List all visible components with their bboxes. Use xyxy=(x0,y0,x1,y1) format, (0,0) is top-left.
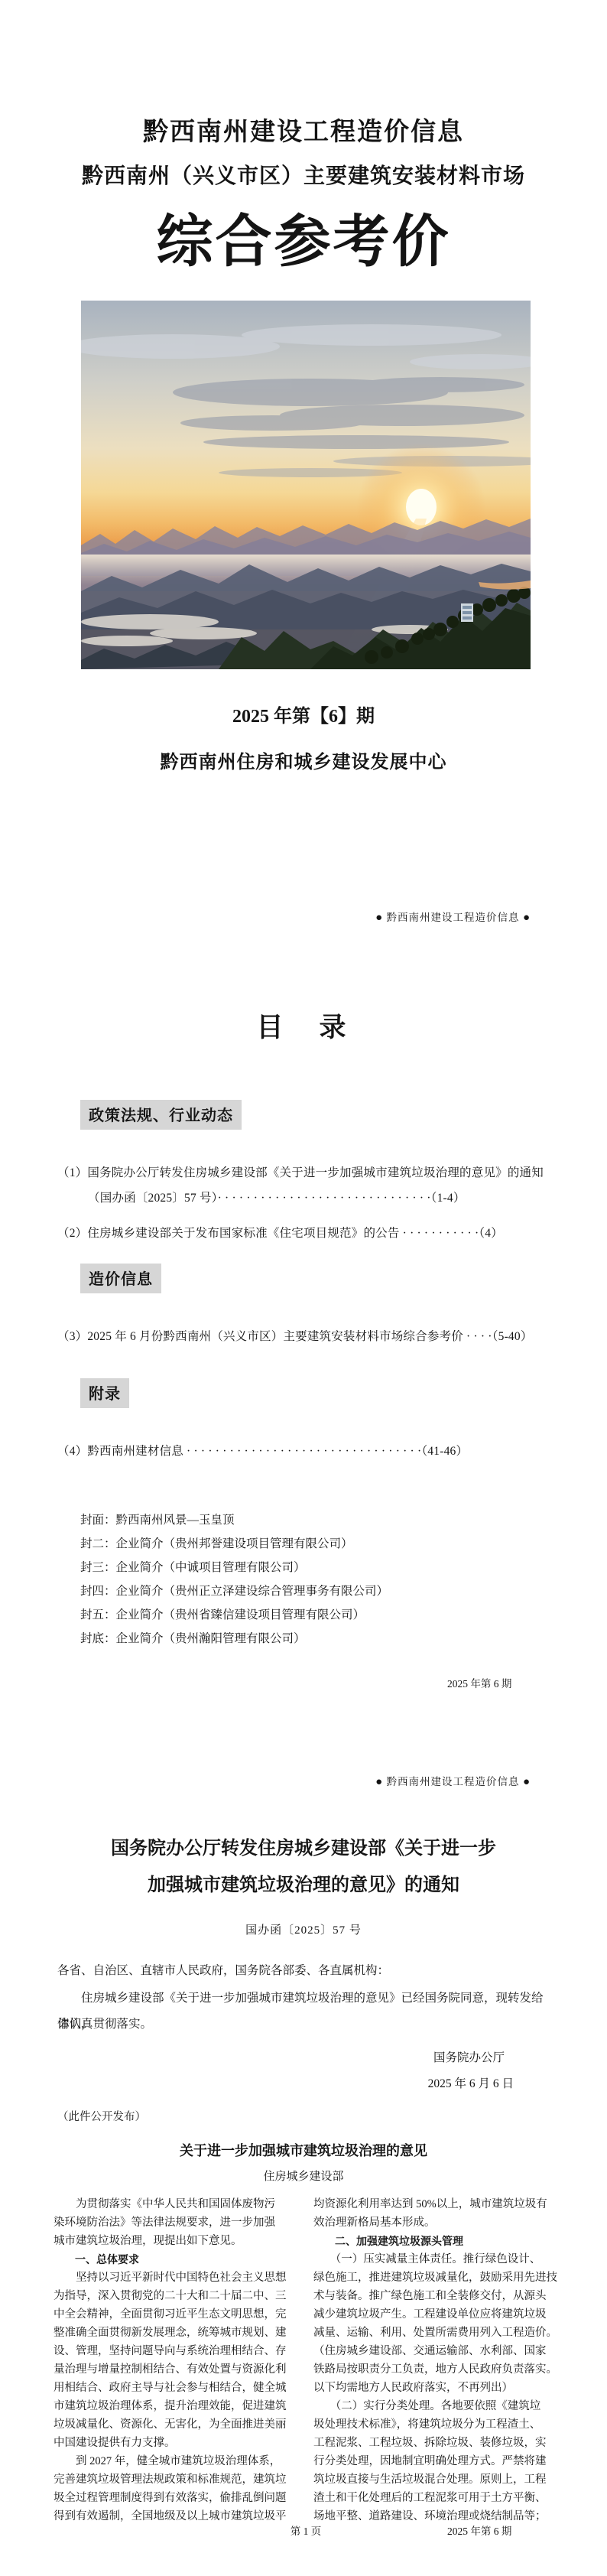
body-text-line: 效治理新格局基本形成。 xyxy=(313,2213,555,2232)
toc-cost-items: （3）2025 年 6 月份黔西南州（兴义市区）主要建筑安装材料市场综合参考价 … xyxy=(57,1324,562,1349)
article-sign-date: 2025 年 6 月 6 日 xyxy=(0,2074,514,2091)
body-text-line: 行分类处理，因地制宜明确处理方式。严禁将建 xyxy=(313,2452,555,2470)
toc-item-line: （2）住房城乡建设部关于发布国家标准《住宅项目规范》的公告 · · · · · … xyxy=(57,1221,562,1246)
body-text-line: 为贯彻落实《中华人民共和国固体废物污 xyxy=(54,2195,295,2213)
body-text-line: 圾处理技术标准》，将建筑垃圾分为工程渣土、 xyxy=(313,2415,555,2434)
header-left-dot-icon: ● xyxy=(375,1776,383,1788)
body-text-line: 市建筑垃圾治理体系，提升治理效能，促进建筑 xyxy=(54,2397,295,2415)
opinion-title: 关于进一步加强城市建筑垃圾治理的意见 xyxy=(0,2140,607,2160)
body-text-line: 一、总体要求 xyxy=(54,2250,295,2269)
document-scroll: 黔西南州建设工程造价信息 黔西南州（兴义市区）主要建筑安装材料市场 综合参考价 xyxy=(0,0,607,2576)
page2-running-header: ● 黔西南州建设工程造价信息 ● xyxy=(0,909,531,925)
body-text-line: 整准确全面贯彻新发展理念，统筹城市规划、建 xyxy=(54,2324,295,2342)
body-text-line: 中全会精神，全面贯彻习近平生态文明思想，完 xyxy=(54,2305,295,2324)
cover-descriptions-list: 封面：黔西南州风景—玉皇顶封二：企业简介（贵州邦誉建设项目管理有限公司）封三：企… xyxy=(80,1508,554,1651)
body-text-line: 铁路局按职责分工负责，地方人民政府负责落实。 xyxy=(313,2360,555,2379)
toc-item-line: （1）国务院办公厅转发住房城乡建设部《关于进一步加强城市建筑垃圾治理的意见》的通… xyxy=(57,1160,562,1186)
body-text-line: 以下均需地方人民政府落实，不再列出） xyxy=(313,2379,555,2397)
cover-title-line2: 黔西南州（兴义市区）主要建筑安装材料市场 xyxy=(0,159,607,190)
header-left-dot-icon: ● xyxy=(375,912,383,924)
body-text-line: 筑垃圾直接与生活垃圾混合处理。原则上，工程 xyxy=(313,2470,555,2489)
body-text-line: 工程泥浆、工程垃圾、拆除垃圾、装修垃圾，实 xyxy=(313,2434,555,2452)
cover-title-line1: 黔西南州建设工程造价信息 xyxy=(0,112,607,148)
body-text-line: 设、管理，坚持问题导向与系统治理相结合、存 xyxy=(54,2342,295,2360)
body-text-line: 完善建筑垃圾管理法规政策和标准规范，建筑垃 xyxy=(54,2470,295,2489)
header-right-dot-icon: ● xyxy=(523,912,531,924)
page2-footer-issue: 2025 年第 6 期 xyxy=(447,1675,547,1690)
body-text-line: 减少建筑垃圾产生。工程建设单位应将建筑垃圾 xyxy=(313,2305,555,2324)
toc-policy-items: （1）国务院办公厅转发住房城乡建设部《关于进一步加强城市建筑垃圾治理的意见》的通… xyxy=(57,1160,562,1246)
body-text-line: 二、加强建筑垃圾源头管理 xyxy=(313,2232,555,2250)
toc-section-header-appendix: 附录 xyxy=(80,1378,129,1408)
body-text-line: 减量、运输、利用、处置所需费用列入工程造价。 xyxy=(313,2324,555,2342)
body-text-line: 坚持以习近平新时代中国特色社会主义思想 xyxy=(54,2269,295,2287)
cover-description-line: 封四：企业简介（贵州正立泽建设综合管理事务有限公司） xyxy=(80,1579,554,1603)
toc-item-line: （3）2025 年 6 月份黔西南州（兴义市区）主要建筑安装材料市场综合参考价 … xyxy=(57,1324,562,1349)
article-left-column: 为贯彻落实《中华人民共和国固体废物污染环境防治法》等法律法规要求，进一步加强城市… xyxy=(54,2195,295,2526)
toc-item-line: （4）黔西南州建材信息 · · · · · · · · · · · · · · … xyxy=(57,1439,562,1464)
header-right-dot-icon: ● xyxy=(523,1776,531,1788)
cover-description-line: 封二：企业简介（贵州邦誉建设项目管理有限公司） xyxy=(80,1532,554,1556)
toc-item-line: （国办函〔2025〕57 号）· · · · · · · · · · · · ·… xyxy=(57,1186,562,1211)
cover-description-line: 封底：企业简介（贵州瀚阳管理有限公司） xyxy=(80,1627,554,1651)
cover-description-line: 封五：企业简介（贵州省臻信建设项目管理有限公司） xyxy=(80,1603,554,1627)
body-text-line: 量治理与增量控制相结合、有效处置与资源化利 xyxy=(54,2360,295,2379)
cover-organization: 黔西南州住房和城乡建设发展中心 xyxy=(0,746,607,773)
body-text-line: 圾全过程管理制度得到有效落实，偷排乱倒问题 xyxy=(54,2489,295,2507)
body-text-line: （住房城乡建设部、交通运输部、水利部、国家 xyxy=(313,2342,555,2360)
page3-footer-issue: 2025 年第 6 期 xyxy=(447,2522,547,2538)
article-document-number: 国办函〔2025〕57 号 xyxy=(0,1921,607,1937)
toc-section-cost-info: 造价信息 （3）2025 年 6 月份黔西南州（兴义市区）主要建筑安装材料市场综… xyxy=(57,1264,562,1349)
article-right-column: 均资源化利用率达到 50%以上，城市建筑垃圾有效治理新格局基本形成。 二、加强建… xyxy=(313,2195,555,2526)
toc-section-header-cost-info: 造价信息 xyxy=(80,1264,161,1293)
header-title: 黔西南州建设工程造价信息 xyxy=(383,1776,523,1787)
article-title-line2: 加强城市建筑垃圾治理的意见》的通知 xyxy=(0,1869,607,1896)
body-text-line: 得到有效遏制，全国地级及以上城市建筑垃圾平 xyxy=(54,2507,295,2526)
body-text-line: 染环境防治法》等法律法规要求，进一步加强 xyxy=(54,2213,295,2232)
cover-main-title: 综合参考价 xyxy=(0,211,607,274)
cover-photo-sunset-mountains xyxy=(81,301,531,669)
page3-footer-page-number: 第 1 页 xyxy=(271,2522,340,2538)
hilltop-building xyxy=(461,603,473,622)
body-text-line: 术与装备。推广绿色施工和全装修交付，从源头 xyxy=(313,2287,555,2305)
toc-title: 目 录 xyxy=(0,1007,607,1045)
cover-description-line: 封三：企业简介（中诚项目管理有限公司） xyxy=(80,1556,554,1579)
body-text-line: 用相结合、政府主导与社会参与相结合，健全城 xyxy=(54,2379,295,2397)
body-text-line: 中国建设提供有力支撑。 xyxy=(54,2434,295,2452)
article-public-release-note: （此件公开发布） xyxy=(57,2108,146,2124)
header-title: 黔西南州建设工程造价信息 xyxy=(383,912,523,923)
article-title-line1: 国务院办公厅转发住房城乡建设部《关于进一步 xyxy=(0,1833,607,1859)
article-salutation: 各省、自治区、直辖市人民政府，国务院各部委、各直属机构： xyxy=(57,1958,554,1984)
body-text-line: 城市建筑垃圾治理，现提出如下意见。 xyxy=(54,2232,295,2250)
body-text-line: 均资源化利用率达到 50%以上，城市建筑垃圾有 xyxy=(313,2195,555,2213)
body-text-line: （一）压实减量主体责任。推行绿色设计、 xyxy=(313,2250,555,2269)
cover-description-line: 封面：黔西南州风景—玉皇顶 xyxy=(80,1508,554,1532)
page3-running-header: ● 黔西南州建设工程造价信息 ● xyxy=(0,1773,531,1789)
article-body-line2: 请认真贯彻落实。 xyxy=(57,2012,554,2038)
body-text-line: 垃圾减量化、资源化、无害化，为全面推进美丽 xyxy=(54,2415,295,2434)
toc-appendix-items: （4）黔西南州建材信息 · · · · · · · · · · · · · · … xyxy=(57,1439,562,1464)
body-text-line: 到 2027 年，健全城市建筑垃圾治理体系， xyxy=(54,2452,295,2470)
body-text-line: 绿色施工，推进建筑垃圾减量化，鼓励采用先进技 xyxy=(313,2269,555,2287)
toc-section-header-policy: 政策法规、行业动态 xyxy=(80,1100,242,1130)
body-text-line: 渣土和干化处理后的工程泥浆可用于土方平衡、 xyxy=(313,2489,555,2507)
body-text-line: （二）实行分类处理。各地要依照《建筑垃 xyxy=(313,2397,555,2415)
opinion-issuing-org: 住房城乡建设部 xyxy=(0,2168,607,2184)
body-text-line: 为指导，深入贯彻党的二十大和二十届二中、三 xyxy=(54,2287,295,2305)
toc-section-appendix: 附录 （4）黔西南州建材信息 · · · · · · · · · · · · ·… xyxy=(57,1378,562,1464)
toc-section-policy: 政策法规、行业动态 （1）国务院办公厅转发住房城乡建设部《关于进一步加强城市建筑… xyxy=(57,1100,562,1246)
cover-issue-number: 2025 年第【6】期 xyxy=(0,701,607,727)
article-signer: 国务院办公厅 xyxy=(0,2048,505,2065)
